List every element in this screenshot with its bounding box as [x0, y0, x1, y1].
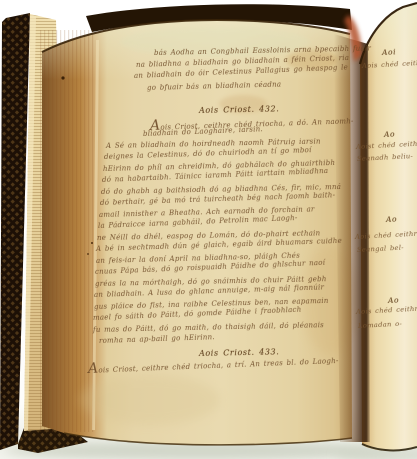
right-page-line-fragment: Seanadh beliu-: [357, 152, 413, 163]
right-page-line-fragment: Lomadan o-: [358, 320, 402, 330]
right-page-line-fragment: Seangal bel-: [357, 244, 404, 254]
right-page-line-fragment: Aois chéd ceithre-: [356, 304, 417, 316]
manuscript-text-layer: bás Aodha an Congbhail Eassloinis arna b…: [0, 0, 417, 459]
right-page-line-fragment: Aoist chéd ceithre-: [356, 139, 417, 151]
right-page-heading-fragment: Ao: [386, 214, 398, 224]
open-manuscript-book-photo: bás Aodha an Congbhail Eassloinis arna b…: [0, 0, 417, 459]
manuscript-line: go bfuair bás an bliadhain céadna: [147, 80, 281, 92]
right-page-line-fragment: Aois chéd ceithre t-: [362, 58, 417, 70]
right-page-line-fragment: Aois chéd ceithre-tr: [355, 229, 417, 241]
manuscript-line: fu mas do Páitt, dó go maith, do thaisig…: [93, 321, 324, 334]
manuscript-line: romha na ap-baill go hEirinn.: [99, 333, 215, 345]
right-page-heading-fragment: Ao: [388, 295, 400, 305]
right-page-heading-fragment: Ao: [384, 129, 396, 139]
right-page-heading-fragment: Aoi: [382, 47, 397, 57]
